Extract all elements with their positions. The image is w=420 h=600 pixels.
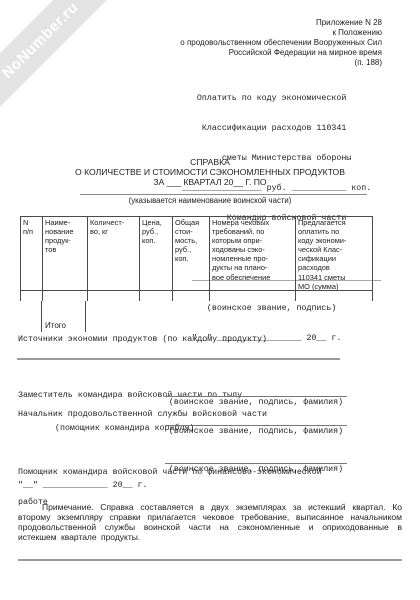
unit-name-blank-line	[80, 194, 367, 195]
finance-signature-line: (воинское звание, подпись, фамилия)	[165, 463, 347, 474]
empty-cell	[209, 291, 295, 301]
empty-cell	[295, 291, 372, 301]
bottom-divider-line	[18, 559, 402, 561]
col-header-check-numbers: Номера чековых требований, по которым оп…	[209, 217, 295, 290]
signature-caption: (воинское звание, подпись, фамилия)	[169, 398, 343, 407]
note-paragraph: Примечание. Справка составляется в двух …	[18, 502, 402, 542]
title-line-1: СПРАВКА	[18, 157, 402, 167]
watermark-text: NoNumber.ru	[0, 0, 82, 82]
products-table: N п/п Наиме- нование продук- тов Количес…	[20, 216, 373, 332]
appendix-line: Российской Федерации на мирное время	[180, 48, 382, 58]
deputy-signature-line: (воинское звание, подпись, фамилия)	[165, 396, 347, 407]
appendix-header: Приложение N 28 к Положению о продовольс…	[180, 18, 382, 68]
table-total-row: Итого	[20, 301, 373, 332]
economy-sources-blank-line	[17, 358, 340, 360]
total-label-cell: Итого	[41, 301, 86, 332]
appendix-line: (п. 188)	[180, 58, 382, 68]
appendix-line: о продовольственном обеспечении Вооружен…	[180, 38, 382, 48]
appendix-line: к Положению	[180, 28, 382, 38]
empty-cell	[172, 291, 209, 301]
col-header-number: N п/п	[21, 217, 42, 290]
empty-cell	[87, 291, 139, 301]
pay-line: Оплатить по коду экономической	[182, 94, 381, 104]
appendix-line: Приложение N 28	[180, 18, 382, 28]
col-header-product-name: Наиме- нование продук- тов	[42, 217, 87, 290]
food-service-chief-title: Начальник продовольственной службы войск…	[18, 410, 267, 420]
empty-cell	[139, 291, 172, 301]
title-line-3: ЗА ___ КВАРТАЛ 20__ Г. ПО	[18, 177, 402, 187]
document-title: СПРАВКА О КОЛИЧЕСТВЕ И СТОИМОСТИ СЭКОНОМ…	[18, 157, 402, 187]
title-line-2: О КОЛИЧЕСТВЕ И СТОИМОСТИ СЭКОНОМЛЕННЫХ П…	[18, 167, 402, 177]
economy-sources-label: Источники экономии продуктов (по каждому…	[18, 335, 267, 345]
table-header-row: N п/п Наиме- нование продук- тов Количес…	[20, 216, 373, 291]
col-header-pay-code: Предлагается оплатить по коду экономи- ч…	[295, 217, 372, 290]
food-chief-signature-line: (воинское звание, подпись, фамилия)	[165, 425, 347, 436]
pay-line: Классификации расходов 110341	[182, 124, 381, 134]
date-blank-line: "__" _____________ 20__ г.	[18, 481, 147, 491]
col-header-total-cost: Общая стои- мость, руб., коп.	[172, 217, 209, 290]
table-empty-row	[20, 291, 373, 301]
col-header-price: Цена, руб., коп.	[139, 217, 172, 290]
watermark-banner: NoNumber.ru	[0, 0, 121, 121]
signature-caption: (воинское звание, подпись, фамилия)	[169, 465, 343, 474]
empty-cell	[42, 291, 87, 301]
total-label: Итого	[45, 321, 66, 330]
document-page: NoNumber.ru Приложение N 28 к Положению …	[0, 0, 420, 600]
col-header-quantity: Количест- во, кг	[87, 217, 139, 290]
unit-name-caption: (указывается наименование воинской части…	[18, 196, 402, 205]
signature-caption: (воинское звание, подпись, фамилия)	[169, 427, 343, 436]
empty-cell	[21, 291, 42, 301]
